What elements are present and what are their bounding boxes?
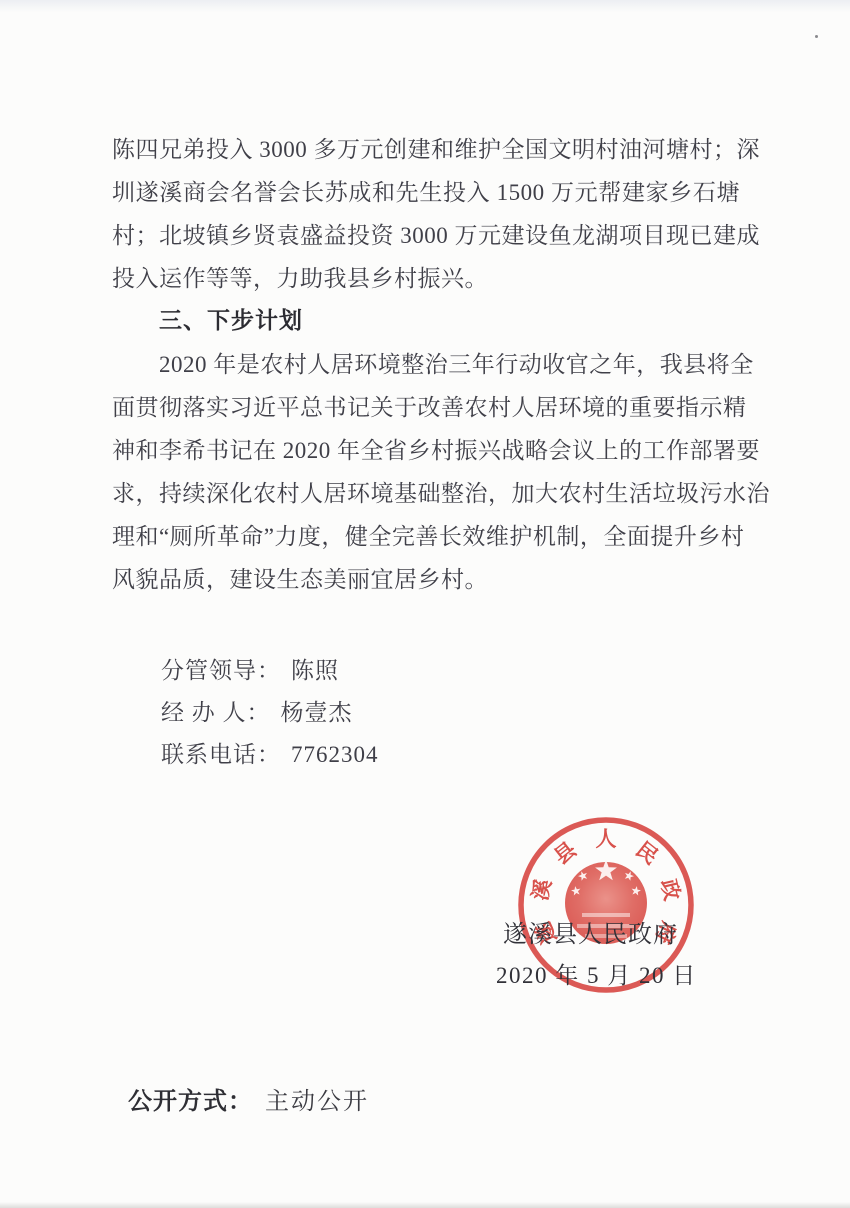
body-line: 理和“厕所革命”力度，健全完善长效维护机制，全面提升乡村 — [112, 515, 740, 558]
contact-label: 联系电话： — [161, 742, 281, 767]
contact-label: 经 办 人： — [161, 700, 271, 725]
body-line: 神和李希书记在 2020 年全省乡村振兴战略会议上的工作部署要 — [112, 429, 740, 472]
scan-speck — [815, 35, 818, 38]
svg-text:政: 政 — [656, 877, 684, 903]
signature-agency: 遂溪县人民政府 — [503, 914, 678, 949]
contact-row-phone: 联系电话：7762304 — [161, 734, 379, 776]
svg-text:人: 人 — [596, 827, 617, 851]
svg-text:县: 县 — [549, 837, 580, 869]
scan-artifact-top — [0, 0, 850, 14]
section-heading: 三、下步计划 — [112, 300, 740, 343]
body-line: 圳遂溪商会名誉会长苏成和先生投入 1500 万元帮建家乡石塘 — [112, 171, 740, 214]
disclosure-label: 公开方式： — [128, 1087, 253, 1115]
body-line: 求，持续深化农村人居环境基础整治，加大农村生活垃圾污水治 — [112, 472, 740, 515]
body-line: 2020 年是农村人居环境整治三年行动收官之年，我县将全 — [112, 343, 740, 386]
body-line: 陈四兄弟投入 3000 多万元创建和维护全国文明村油河塘村；深 — [112, 128, 740, 171]
contact-value: 陈照 — [291, 658, 339, 683]
signature-date: 2020 年 5 月 20 日 — [496, 957, 697, 990]
disclosure-line: 公开方式：主动公开 — [128, 1081, 369, 1116]
contact-value: 杨壹杰 — [281, 700, 353, 725]
svg-text:溪: 溪 — [528, 877, 556, 903]
body-line: 风貌品质，建设生态美丽宜居乡村。 — [112, 558, 740, 601]
body-line: 面贯彻落实习近平总书记关于改善农村人居环境的重要指示精 — [112, 386, 740, 429]
contact-value: 7762304 — [291, 742, 379, 767]
disclosure-value: 主动公开 — [265, 1089, 369, 1115]
contact-block: 分管领导：陈照 经 办 人：杨壹杰 联系电话：7762304 — [161, 650, 379, 776]
body-line: 村；北坡镇乡贤袁盛益投资 3000 万元建设鱼龙湖项目现已建成 — [112, 214, 740, 257]
contact-row-leader: 分管领导：陈照 — [161, 650, 379, 692]
document-body: 陈四兄弟投入 3000 多万元创建和维护全国文明村油河塘村；深 圳遂溪商会名誉会… — [112, 128, 740, 601]
contact-row-handler: 经 办 人：杨壹杰 — [161, 692, 379, 734]
body-line: 投入运作等等，力助我县乡村振兴。 — [112, 257, 740, 300]
scanned-document-page: 陈四兄弟投入 3000 多万元创建和维护全国文明村油河塘村；深 圳遂溪商会名誉会… — [0, 0, 850, 1208]
scan-artifact-bottom — [0, 1202, 850, 1208]
contact-label: 分管领导： — [161, 658, 281, 683]
svg-text:民: 民 — [631, 837, 662, 869]
